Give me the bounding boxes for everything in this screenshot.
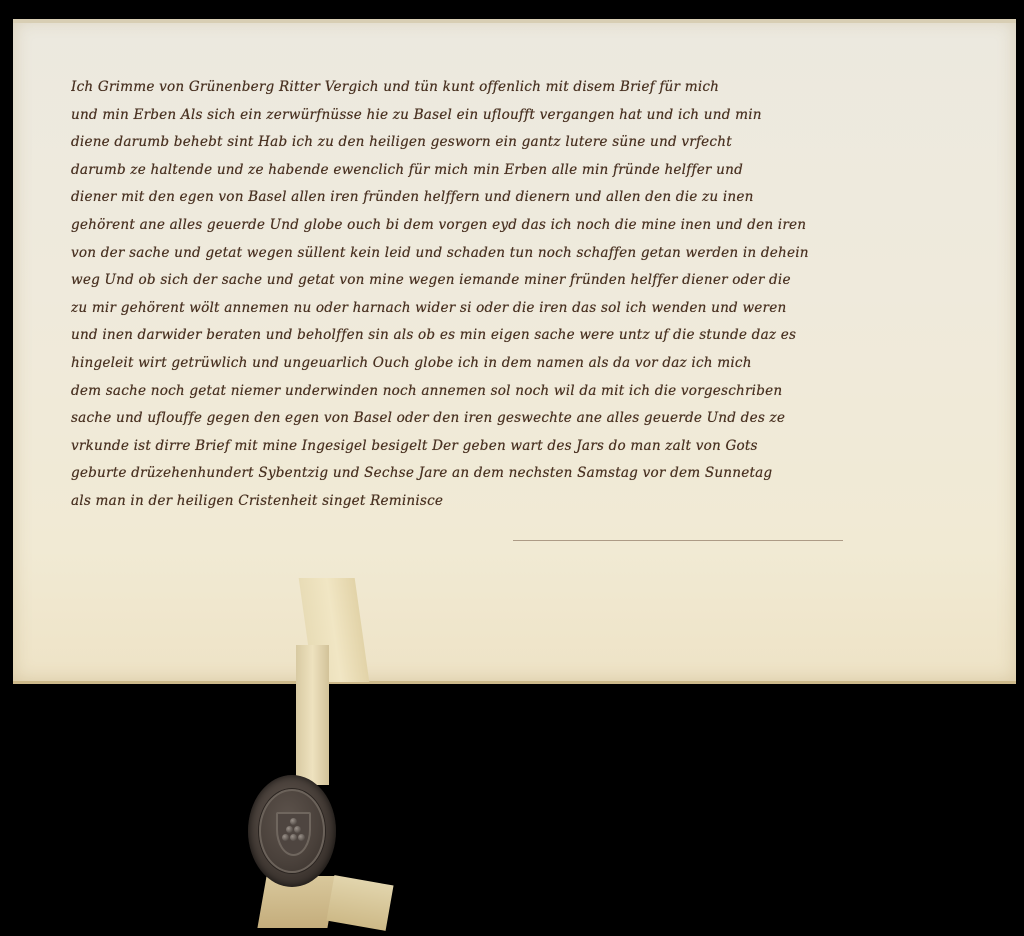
seal-ball-icon — [286, 826, 293, 833]
text-line-6: gehörent ane alles geuerde Und globe ouc… — [71, 212, 971, 240]
text-line-7: von der sache und getat wegen süllent ke… — [71, 240, 971, 268]
seal-ball-icon — [294, 826, 301, 833]
seal-ball-icon — [282, 834, 289, 841]
seal-ball-icon — [298, 834, 305, 841]
text-line-12: dem sache noch getat niemer underwinden … — [71, 378, 971, 406]
text-line-10: und inen darwider beraten und beholffen … — [71, 322, 971, 350]
text-line-8: weg Und ob sich der sache und getat von … — [71, 267, 971, 295]
text-line-14: vrkunde ist dirre Brief mit mine Ingesig… — [71, 433, 971, 461]
seal-ball-icon — [290, 818, 297, 825]
text-line-15: geburte drüzehenhundert Sybentzig und Se… — [71, 460, 971, 488]
charter-text: Ich Grimme von Grünenberg Ritter Vergich… — [71, 74, 971, 516]
seal-ball-icon — [290, 834, 297, 841]
text-line-9: zu mir gehörent wölt annemen nu oder har… — [71, 295, 971, 323]
parchment-sheet: Ich Grimme von Grünenberg Ritter Vergich… — [13, 19, 1016, 684]
text-line-4: darumb ze haltende und ze habende ewencl… — [71, 157, 971, 185]
text-line-16: als man in der heiligen Cristenheit sing… — [71, 488, 971, 516]
text-line-2: und min Erben Als sich ein zerwürfnüsse … — [71, 102, 971, 130]
text-line-5: diener mit den egen von Basel allen iren… — [71, 184, 971, 212]
closing-flourish-line — [513, 540, 843, 543]
text-line-1: Ich Grimme von Grünenberg Ritter Vergich… — [71, 74, 971, 102]
seal-tag-strip — [296, 645, 329, 785]
text-line-3: diene darumb behebt sint Hab ich zu den … — [71, 129, 971, 157]
text-line-11: hingeleit wirt getrüwlich und ungeuarlic… — [71, 350, 971, 378]
seal-tag-end-right — [326, 875, 393, 931]
text-line-13: sache und uflouffe gegen den egen von Ba… — [71, 405, 971, 433]
wax-seal — [248, 775, 336, 887]
